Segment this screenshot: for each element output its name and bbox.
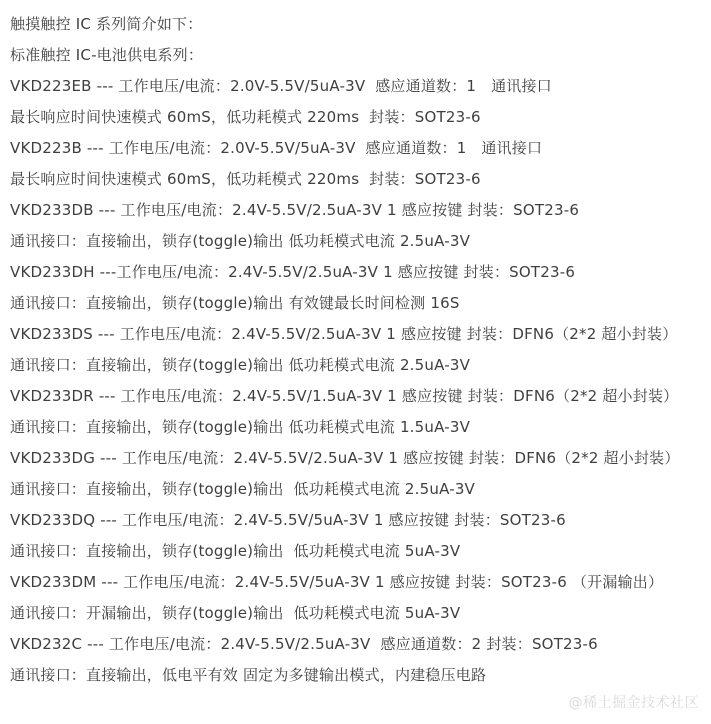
ic-detail-vkd223eb: 最长响应时间快速模式 60mS，低功耗模式 220ms 封装：SOT23-6: [10, 107, 703, 128]
document-body: 触摸触控 IC 系列简介如下： 标准触控 IC-电池供电系列： VKD223EB…: [10, 14, 703, 696]
ic-spec-vkd233dh: VKD233DH ---工作电压/电流：2.4V-5.5V/2.5uA-3V 1…: [10, 262, 703, 283]
ic-spec-vkd232c: VKD232C --- 工作电压/电流：2.4V-5.5V/2.5uA-3V 感…: [10, 634, 703, 655]
series-heading: 标准触控 IC-电池供电系列：: [10, 45, 703, 66]
ic-detail-vkd223b: 最长响应时间快速模式 60mS，低功耗模式 220ms 封装：SOT23-6: [10, 169, 703, 190]
ic-spec-vkd223b: VKD223B --- 工作电压/电流：2.0V-5.5V/5uA-3V 感应通…: [10, 138, 703, 159]
ic-detail-vkd233dg: 通讯接口：直接输出，锁存(toggle)输出 低功耗模式电流 2.5uA-3V: [10, 479, 703, 500]
ic-spec-vkd233dr: VKD233DR --- 工作电压/电流：2.4V-5.5V/1.5uA-3V …: [10, 386, 703, 407]
ic-spec-vkd233dm: VKD233DM --- 工作电压/电流：2.4V-5.5V/5uA-3V 1 …: [10, 572, 703, 593]
ic-detail-vkd233dr: 通讯接口：直接输出，锁存(toggle)输出 低功耗模式电流 1.5uA-3V: [10, 417, 703, 438]
ic-detail-vkd233dm: 通讯接口：开漏输出，锁存(toggle)输出 低功耗模式电流 5uA-3V: [10, 603, 703, 624]
ic-detail-vkd233dq: 通讯接口：直接输出，锁存(toggle)输出 低功耗模式电流 5uA-3V: [10, 541, 703, 562]
ic-detail-vkd233dh: 通讯接口：直接输出，锁存(toggle)输出 有效键最长时间检测 16S: [10, 293, 703, 314]
ic-detail-vkd233ds: 通讯接口：直接输出，锁存(toggle)输出 低功耗模式电流 2.5uA-3V: [10, 355, 703, 376]
ic-spec-vkd233dg: VKD233DG --- 工作电压/电流：2.4V-5.5V/2.5uA-3V …: [10, 448, 703, 469]
doc-intro-line: 触摸触控 IC 系列简介如下：: [10, 14, 703, 35]
ic-spec-vkd233db: VKD233DB --- 工作电压/电流：2.4V-5.5V/2.5uA-3V …: [10, 200, 703, 221]
ic-detail-vkd233db: 通讯接口：直接输出，锁存(toggle)输出 低功耗模式电流 2.5uA-3V: [10, 231, 703, 252]
ic-spec-vkd223eb: VKD223EB --- 工作电压/电流：2.0V-5.5V/5uA-3V 感应…: [10, 76, 703, 97]
ic-detail-vkd232c: 通讯接口：直接输出，低电平有效 固定为多键输出模式，内建稳压电路: [10, 665, 703, 686]
juejin-watermark: @稀土掘金技术社区: [569, 692, 700, 712]
ic-spec-vkd233dq: VKD233DQ --- 工作电压/电流：2.4V-5.5V/5uA-3V 1 …: [10, 510, 703, 531]
ic-spec-vkd233ds: VKD233DS --- 工作电压/电流：2.4V-5.5V/2.5uA-3V …: [10, 324, 703, 345]
